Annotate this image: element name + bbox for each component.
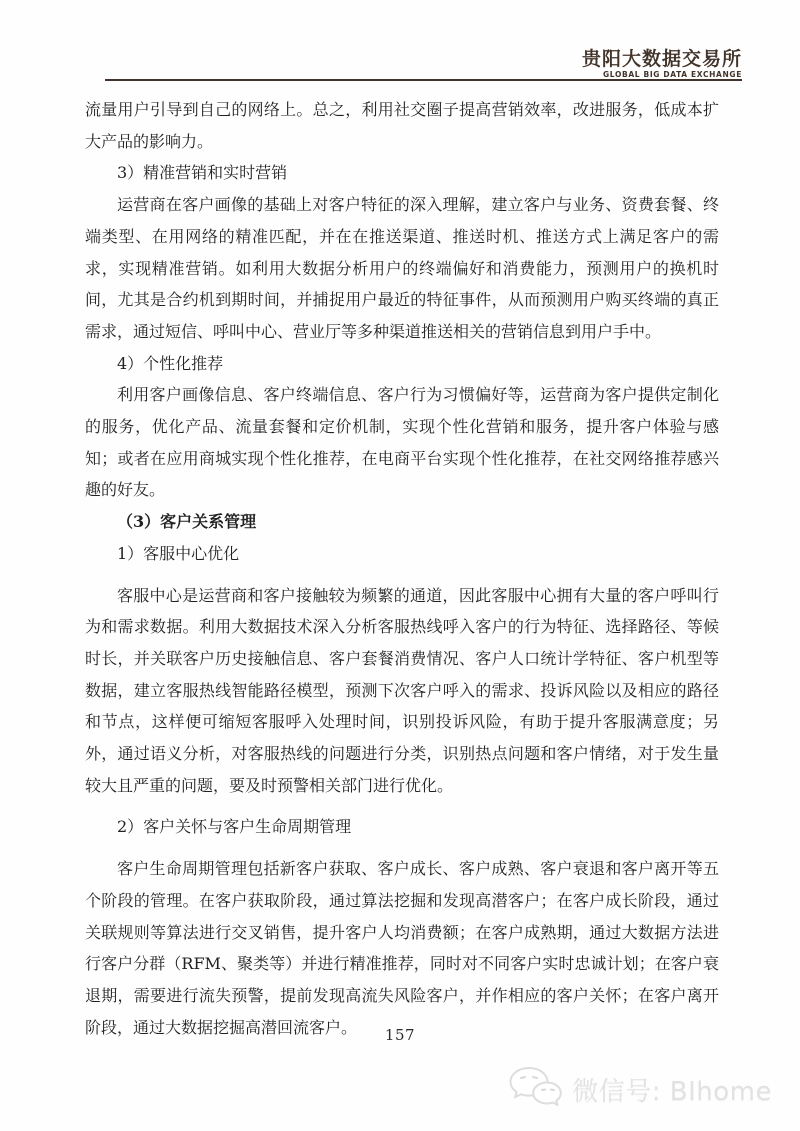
logo-english-name: GLOBAL BIG DATA EXCHANGE	[582, 70, 742, 79]
paragraph: 客服中心是运营商和客户接触较为频繁的通道，因此客服中心拥有大量的客户呼叫行为和需…	[85, 580, 719, 802]
section-heading: 3）精准营销和实时营销	[85, 157, 719, 189]
paragraph: 利用客户画像信息、客户终端信息、客户行为习惯偏好等，运营商为客户提供定制化的服务…	[85, 379, 719, 506]
paragraph: 流量用户引导到自己的网络上。总之，利用社交圈子提高营销效率，改进服务，低成本扩大…	[85, 94, 719, 157]
wechat-watermark: 微信号: BIhome	[508, 1066, 772, 1112]
bold-section-heading: （3）客户关系管理	[85, 506, 719, 538]
logo-chinese-name: 贵阳大数据交易所	[582, 48, 742, 70]
paragraph: 客户生命周期管理包括新客户获取、客户成长、客户成熟、客户衰退和客户离开等五个阶段…	[85, 853, 719, 1043]
section-heading: 4）个性化推荐	[85, 348, 719, 380]
section-heading: 1）客服中心优化	[85, 538, 719, 570]
watermark-text: 微信号: BIhome	[572, 1071, 772, 1108]
paragraph: 运营商在客户画像的基础上对客户特征的深入理解，建立客户与业务、资费套餐、终端类型…	[85, 189, 719, 348]
section-heading: 2）客户关怀与客户生命周期管理	[85, 811, 719, 843]
header-rule	[105, 79, 742, 81]
wechat-icon	[508, 1066, 562, 1113]
document-body: 流量用户引导到自己的网络上。总之，利用社交圈子提高营销效率，改进服务，低成本扩大…	[85, 94, 719, 1043]
exchange-logo: 贵阳大数据交易所 GLOBAL BIG DATA EXCHANGE	[582, 48, 742, 79]
page-number: 157	[0, 1026, 800, 1044]
document-page: 贵阳大数据交易所 GLOBAL BIG DATA EXCHANGE 流量用户引导…	[0, 0, 800, 1131]
